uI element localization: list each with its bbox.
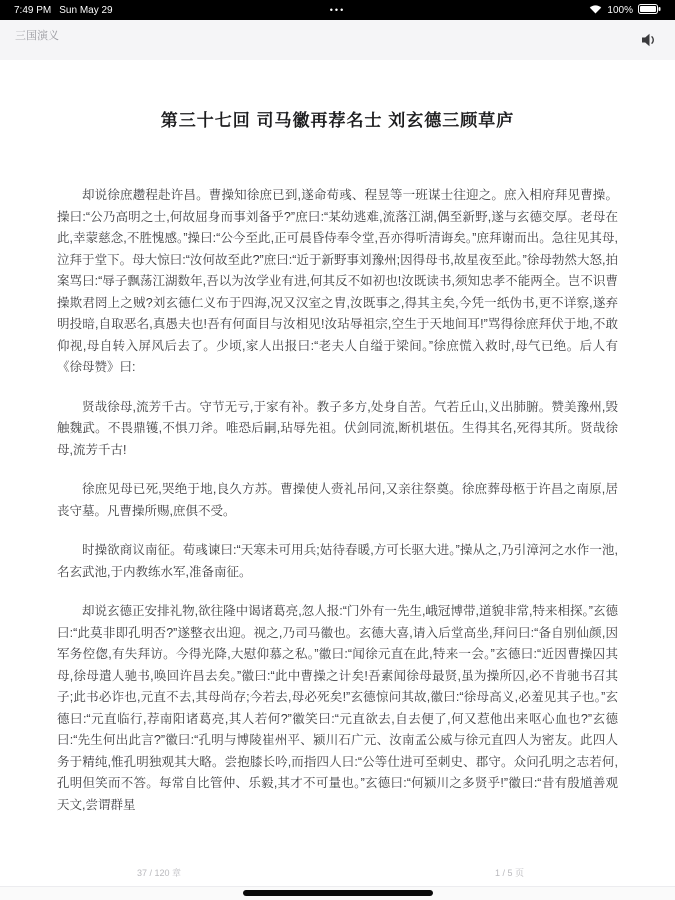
status-time: 7:49 PM xyxy=(14,5,51,16)
book-title: 三国演义 xyxy=(15,27,59,43)
footer-chapter-progress: 37 / 120 章 xyxy=(137,866,181,879)
status-left: 7:49 PM Sun May 29 xyxy=(14,5,113,16)
status-date: Sun May 29 xyxy=(59,5,112,16)
paragraph: 却说玄德正安排礼物,欲往隆中谒诸葛亮,忽人报:“门外有一先生,峨冠博带,道貌非常… xyxy=(57,601,618,816)
reader-header: 三国演义 xyxy=(0,20,675,60)
battery-icon xyxy=(638,4,661,17)
paragraph: 时操欲商议南征。荀彧谏曰:“天寒未可用兵;姑待春暖,方可长驱大进。”操从之,乃引… xyxy=(57,540,618,583)
status-right: 100% xyxy=(589,4,661,17)
reading-area[interactable]: 第三十七回 司马徽再荐名士 刘玄德三顾草庐 却说徐庶趱程赴许昌。曹操知徐庶已到,… xyxy=(0,60,675,886)
footer-page-progress: 1 / 5 页 xyxy=(495,866,524,879)
speaker-button[interactable] xyxy=(639,33,659,49)
speaker-icon xyxy=(641,33,657,50)
home-indicator[interactable] xyxy=(243,890,433,896)
paragraph: 贤哉徐母,流芳千古。守节无亏,于家有补。教子多方,处身自苦。气若丘山,义出肺腑。… xyxy=(57,397,618,462)
body-paragraphs: 却说徐庶趱程赴许昌。曹操知徐庶已到,遂命荀彧、程昱等一班谋士往迎之。庶入相府拜见… xyxy=(57,185,618,834)
status-bar: 7:49 PM Sun May 29 ••• 100% xyxy=(0,0,675,20)
paragraph: 徐庶见母已死,哭绝于地,良久方苏。曹操使人赍礼吊问,又亲往祭奠。徐庶葬母柩于许昌… xyxy=(57,479,618,522)
battery-percent: 100% xyxy=(607,5,633,16)
paragraph: 却说徐庶趱程赴许昌。曹操知徐庶已到,遂命荀彧、程昱等一班谋士往迎之。庶入相府拜见… xyxy=(57,185,618,379)
wifi-icon xyxy=(589,4,602,17)
chapter-title: 第三十七回 司马徽再荐名士 刘玄德三顾草庐 xyxy=(57,106,618,131)
